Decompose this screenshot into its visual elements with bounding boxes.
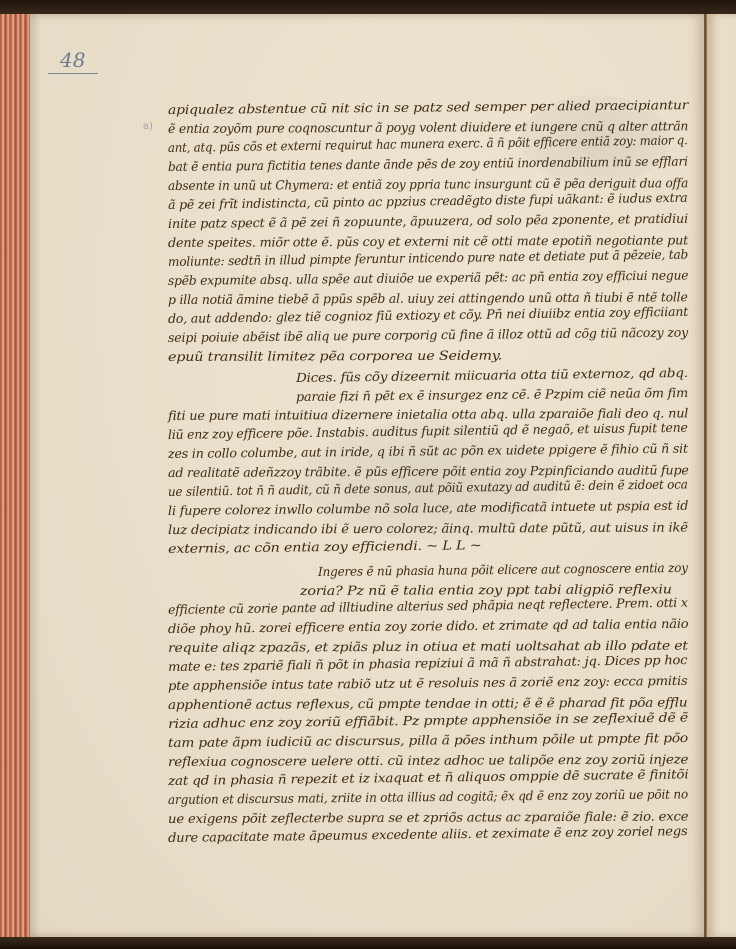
margin-mark: a) [143, 121, 153, 132]
folio-number: 48 [60, 48, 85, 72]
manuscript-line: luz decipiatz indicando ibi ẽ uero color… [168, 519, 688, 537]
manuscript-line: apphentionẽ actus reflexus, cũ pmpte ten… [168, 695, 688, 712]
facing-page-edge [707, 14, 736, 937]
page-stack-edge [0, 14, 32, 939]
book-bottom-edge [0, 937, 736, 949]
manuscript-line: epuũ transilit limitez pẽa corporea ue S… [168, 347, 502, 364]
folio-underline [48, 73, 98, 74]
